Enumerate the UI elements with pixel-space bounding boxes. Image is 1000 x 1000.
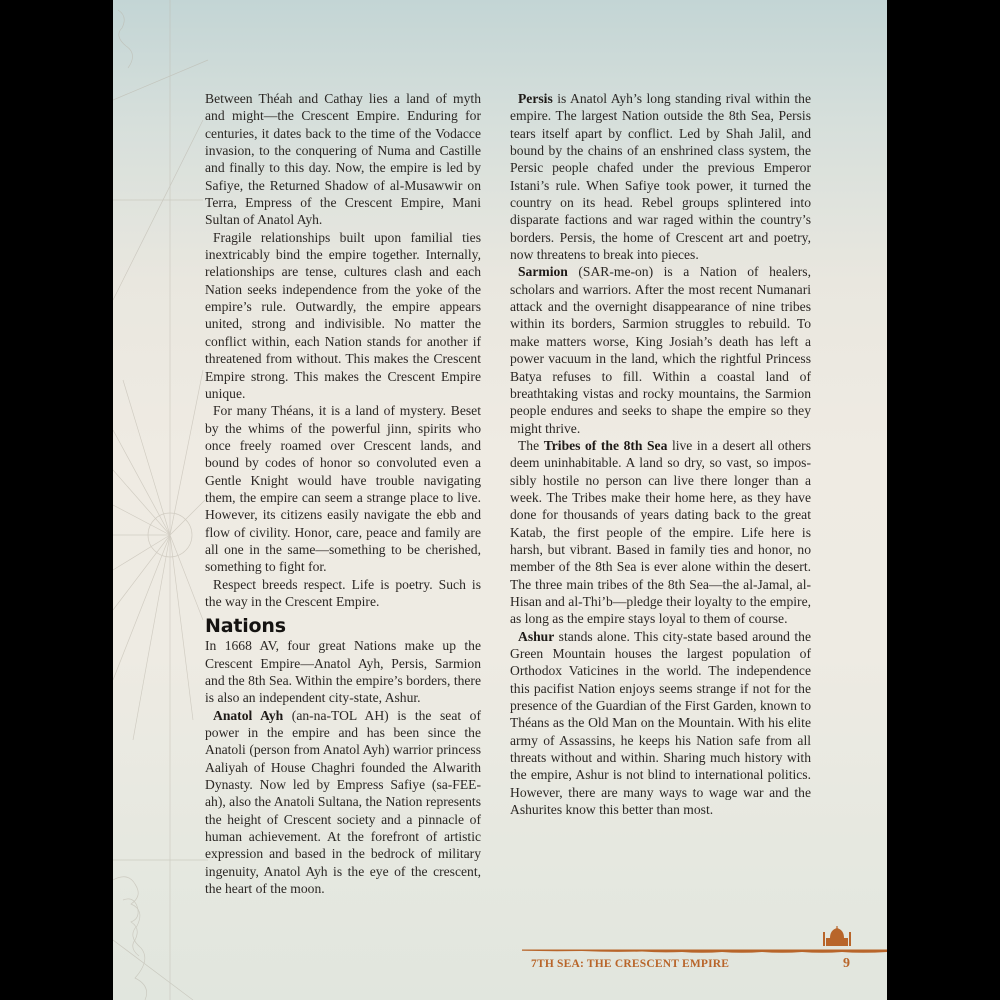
section-heading-nations: Nations — [205, 615, 481, 637]
intro-paragraph-1: Between Théah and Cathay lies a land of … — [205, 90, 481, 229]
left-column: Between Théah and Cathay lies a land of … — [205, 90, 481, 897]
sarmion-text: (SAR-me-on) is a Nation of healers, scho… — [510, 264, 811, 435]
ashur-term: Ashur — [518, 629, 554, 644]
persis-paragraph: Persis is Anatol Ayh’s long standing riv… — [510, 90, 811, 263]
persis-term: Persis — [518, 91, 553, 106]
sarmion-term: Sarmion — [518, 264, 568, 279]
right-column: Persis is Anatol Ayh’s long standing riv… — [510, 90, 811, 818]
page-number: 9 — [843, 956, 850, 972]
tribes-prefix: The — [518, 438, 544, 453]
footer-rule — [522, 948, 887, 954]
taj-mahal-icon — [822, 926, 852, 946]
intro-paragraph-3: For many Théans, it is a land of mystery… — [205, 402, 481, 575]
ashur-text: stands alone. This city-state based arou… — [510, 629, 811, 817]
intro-paragraph-4: Respect breeds respect. Life is poetry. … — [205, 576, 481, 611]
intro-paragraph-2: Fragile relationships built upon familia… — [205, 229, 481, 402]
tribes-paragraph: The Tribes of the 8th Sea live in a dese… — [510, 437, 811, 628]
anatol-ayh-text: (an-na-TOL AH) is the seat of power in t… — [205, 708, 481, 896]
persis-text: is Anatol Ayh’s long standing rival with… — [510, 91, 811, 262]
ashur-paragraph: Ashur stands alone. This city-state base… — [510, 628, 811, 819]
anatol-ayh-paragraph: Anatol Ayh (an-na-TOL AH) is the seat of… — [205, 707, 481, 898]
footer-book-title: 7TH SEA: THE CRESCENT EMPIRE — [531, 958, 851, 970]
sarmion-paragraph: Sarmion (SAR-me-on) is a Nation of heale… — [510, 263, 811, 436]
anatol-ayh-term: Anatol Ayh — [213, 708, 283, 723]
nations-intro-paragraph: In 1668 AV, four great Nations make up t… — [205, 637, 481, 706]
tribes-term: Tribes of the 8th Sea — [544, 438, 668, 453]
tribes-text: live in a desert all others deem uninhab… — [510, 438, 811, 626]
book-page: Between Théah and Cathay lies a land of … — [113, 0, 887, 1000]
